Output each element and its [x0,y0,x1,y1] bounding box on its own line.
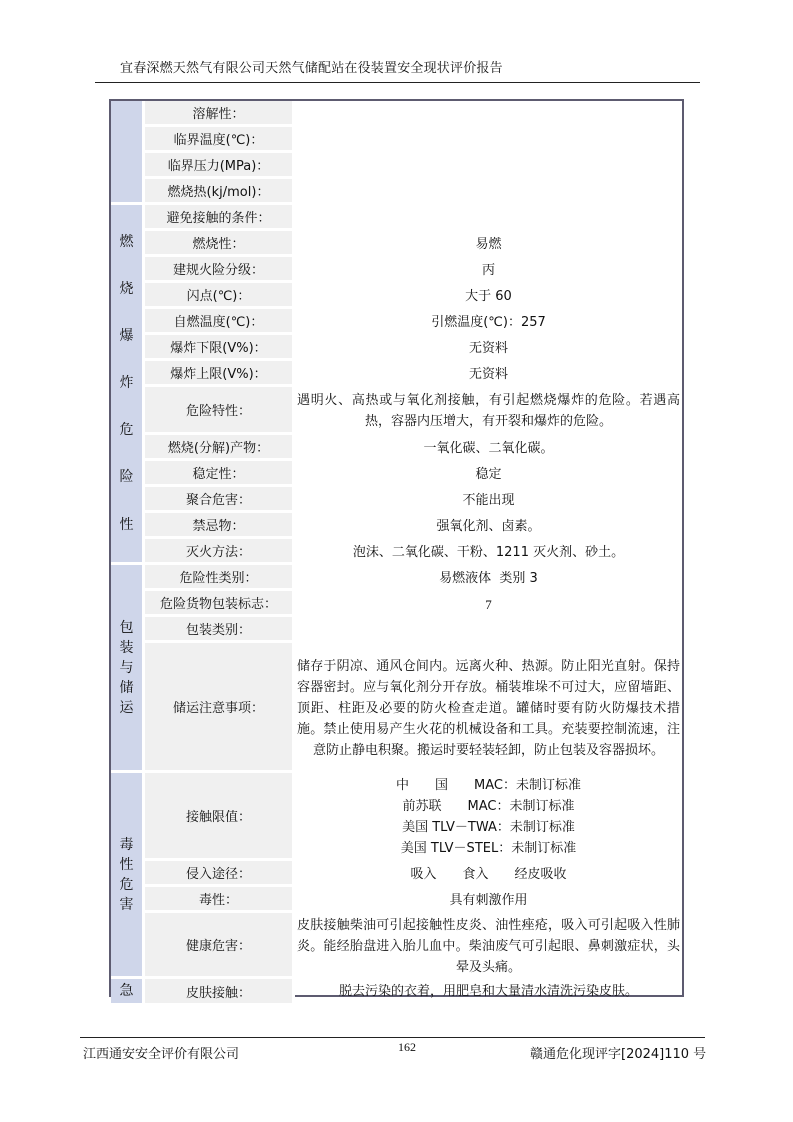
category-first-aid: 急 [111,979,142,1003]
value-fire-risk-class: 丙 [295,257,682,283]
value-exposure-limits: 中 国 MAC：未制订标准 前苏联 MAC：未制订标准 美国 TLV－TWA：未… [295,773,682,861]
value-toxicity: 具有刺激作用 [295,887,682,913]
category-fire-explosion-hazard: 燃 烧 爆 炸 危 险 性 [111,205,142,565]
label-toxicity: 毒性： [142,887,295,913]
label-extinguishing-method: 灭火方法： [142,539,295,565]
exposure-limit-china: 中 国 MAC：未制订标准 [297,775,680,796]
footer-divider [80,1037,705,1038]
value-skin-contact: 脱去污染的衣着，用肥皂和大量清水清洗污染皮肤。 [295,979,682,1003]
page-number: 162 [398,1040,416,1055]
value-hazard-class: 易燃液体 类别 3 [295,565,682,591]
label-storage-transport-notes: 储运注意事项： [142,643,295,773]
value-packing-group [295,617,682,643]
exposure-limit-us-stel: 美国 TLV－STEL：未制订标准 [297,838,680,859]
value-combustion-products: 一氧化碳、二氧化碳。 [295,435,682,461]
value-critical-temperature [295,127,682,153]
value-avoid-conditions [295,205,682,231]
value-polymerization-hazard: 不能出现 [295,487,682,513]
value-dangerous-goods-mark: 7 [295,591,682,617]
label-exposure-limits: 接触限值： [142,773,295,861]
header-divider [95,82,700,83]
value-routes-of-entry: 吸入 食入 经皮吸收 [295,861,682,887]
category-packaging-storage: 包 装 与 储 运 [111,565,142,773]
value-health-hazards: 皮肤接触柴油可引起接触性皮炎、油性痤疮，吸入可引起吸入性肺炎。能经胎盘进入胎儿血… [295,913,682,979]
label-lower-explosive-limit: 爆炸下限(V%)： [142,335,295,361]
value-stability: 稳定 [295,461,682,487]
value-solubility [295,101,682,127]
value-incompatible-materials: 强氧化剂、卤素。 [295,513,682,539]
value-flash-point: 大于 60 [295,283,682,309]
value-autoignition-temperature: 引燃温度(℃)：257 [295,309,682,335]
value-critical-pressure [295,153,682,179]
footer-company-name: 江西通安安全评价有限公司 [83,1043,239,1062]
category-cell-physical [111,101,142,205]
label-heat-of-combustion: 燃烧热(kj/mol)： [142,179,295,205]
label-dangerous-goods-mark: 危险货物包装标志： [142,591,295,617]
label-critical-temperature: 临界温度(℃)： [142,127,295,153]
label-stability: 稳定性： [142,461,295,487]
msds-table: 溶解性： 临界温度(℃)： 临界压力(MPa)： 燃烧热(kj/mol)： 燃 … [109,99,684,997]
value-storage-transport-notes: 储存于阴凉、通风仓间内。远离火种、热源。防止阳光直射。保持容器密封。应与氧化剂分… [295,643,682,773]
exposure-limit-ussr: 前苏联 MAC：未制订标准 [297,796,680,817]
label-autoignition-temperature: 自燃温度(℃)： [142,309,295,335]
value-heat-of-combustion [295,179,682,205]
label-fire-risk-class: 建规火险分级： [142,257,295,283]
value-upper-explosive-limit: 无资料 [295,361,682,387]
label-upper-explosive-limit: 爆炸上限(V%)： [142,361,295,387]
label-solubility: 溶解性： [142,101,295,127]
label-skin-contact: 皮肤接触： [142,979,295,1003]
label-incompatible-materials: 禁忌物： [142,513,295,539]
label-critical-pressure: 临界压力(MPa)： [142,153,295,179]
report-header-title: 宜春深燃天然气有限公司天然气储配站在役装置安全现状评价报告 [120,57,503,76]
value-lower-explosive-limit: 无资料 [295,335,682,361]
value-hazard-characteristics: 遇明火、高热或与氧化剂接触，有引起燃烧爆炸的危险。若遇高热，容器内压增大，有开裂… [295,387,682,435]
value-flammability: 易燃 [295,231,682,257]
label-routes-of-entry: 侵入途径： [142,861,295,887]
label-avoid-conditions: 避免接触的条件： [142,205,295,231]
label-combustion-products: 燃烧(分解)产物： [142,435,295,461]
label-flammability: 燃烧性： [142,231,295,257]
label-flash-point: 闪点(℃)： [142,283,295,309]
report-reference-number: 赣通危化现评字[2024]110 号 [530,1043,706,1062]
label-health-hazards: 健康危害： [142,913,295,979]
label-polymerization-hazard: 聚合危害： [142,487,295,513]
label-packing-group: 包装类别： [142,617,295,643]
value-extinguishing-method: 泡沫、二氧化碳、干粉、1211 灭火剂、砂土。 [295,539,682,565]
category-toxicity-hazard: 毒 性 危 害 [111,773,142,979]
label-hazard-class: 危险性类别： [142,565,295,591]
label-hazard-characteristics: 危险特性： [142,387,295,435]
exposure-limit-us-twa: 美国 TLV－TWA：未制订标准 [297,817,680,838]
